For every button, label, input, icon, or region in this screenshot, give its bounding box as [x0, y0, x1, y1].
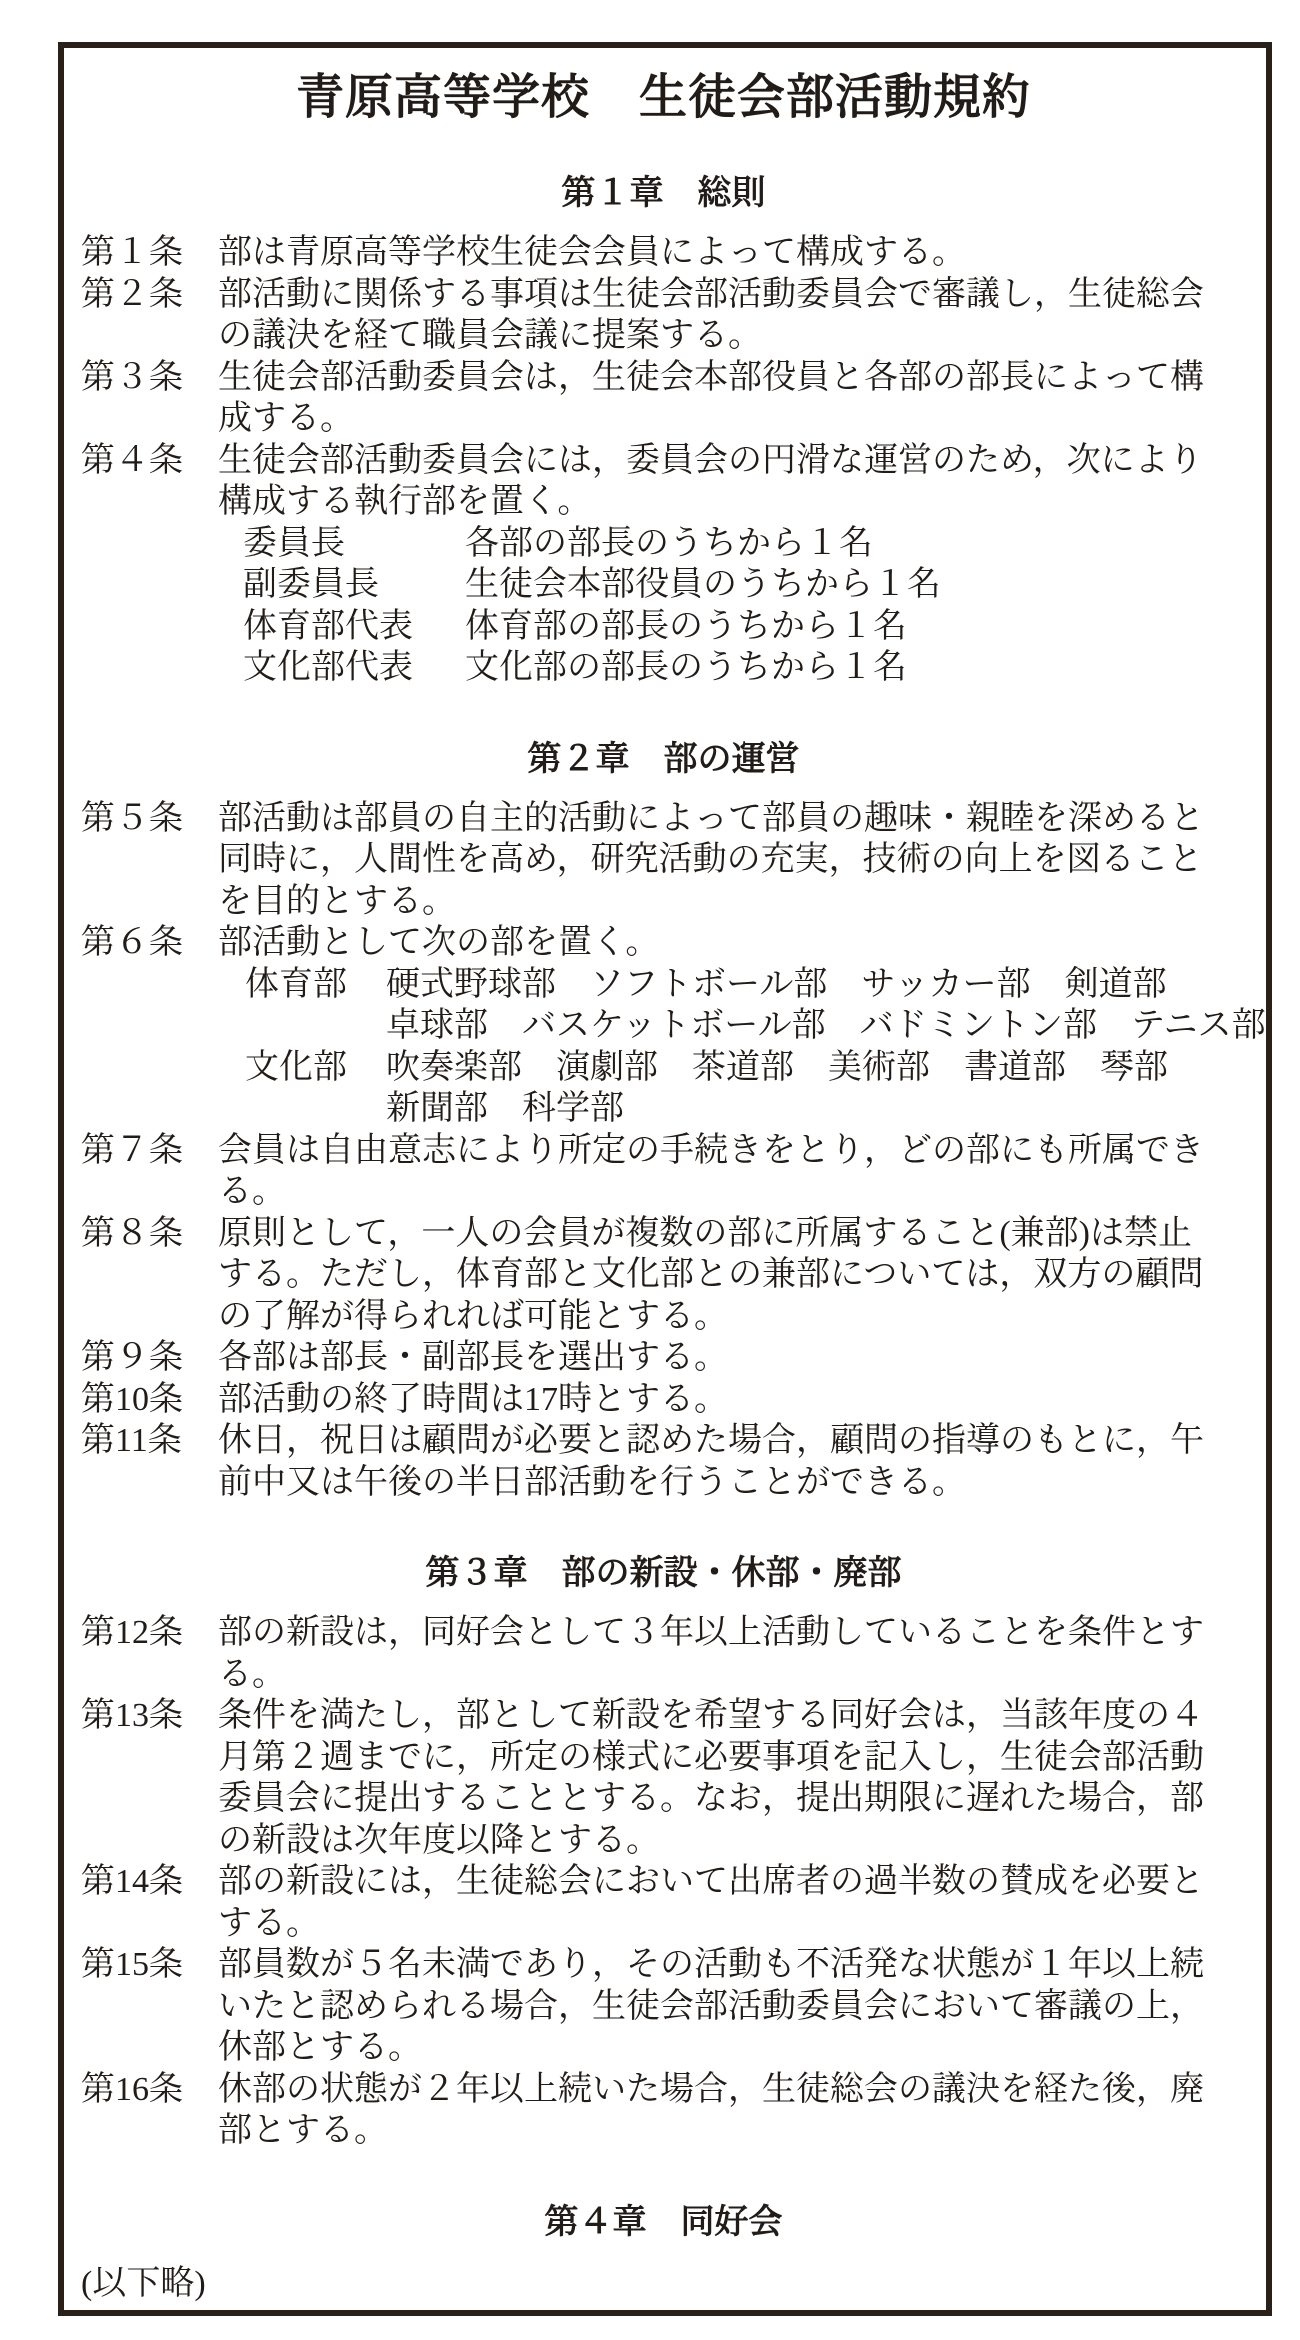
article-text-line: 生徒会部活動委員会には，委員会の円滑な運営のため，次により [218, 440, 1246, 482]
article-text-line: 原則として，一人の会員が複数の部に所属すること(兼部)は禁止 [218, 1213, 1246, 1255]
article-text: 生徒会部活動委員会は，生徒会本部役員と各部の部長によって構成する。 [218, 357, 1246, 440]
article-number: 第３条 [81, 357, 218, 440]
article-row: 第７条会員は自由意志により所定の手続きをとり，どの部にも所属できる。 [81, 1130, 1246, 1213]
article-text: 原則として，一人の会員が複数の部に所属すること(兼部)は禁止する。ただし，体育部… [218, 1213, 1246, 1338]
article-text-line: 構成する執行部を置く。 [218, 481, 1246, 523]
article-text: 部は青原高等学校生徒会会員によって構成する。 [218, 232, 1246, 274]
chapter-heading: 第３章 部の新設・休部・廃部 [81, 1553, 1246, 1595]
executive-row: 副委員長生徒会本部役員のうちから１名 [243, 564, 1246, 606]
article-text-line: 同時に，人間性を高め，研究活動の充実，技術の向上を図ること [218, 839, 1246, 881]
article-number: 第８条 [81, 1213, 218, 1338]
article-row: 第12条部の新設は，同好会として３年以上活動していることを条件とする。 [81, 1612, 1246, 1695]
article-text: 生徒会部活動委員会には，委員会の円滑な運営のため，次により構成する執行部を置く。… [218, 440, 1246, 689]
article-text-line: の新設は次年度以降とする。 [218, 1820, 1246, 1862]
executive-post: 委員長 [243, 523, 465, 565]
article-text: 条件を満たし，部として新設を希望する同好会は，当該年度の４月第２週までに，所定の… [218, 1695, 1246, 1861]
article-text-line: 部とする。 [218, 2110, 1246, 2152]
article-text: 休日，祝日は顧問が必要と認めた場合，顧問の指導のもとに，午前中又は午後の半日部活… [218, 1420, 1246, 1503]
article-text-line: 休日，祝日は顧問が必要と認めた場合，顧問の指導のもとに，午 [218, 1420, 1246, 1462]
article-number: 第12条 [81, 1612, 218, 1695]
article-row: 第４条生徒会部活動委員会には，委員会の円滑な運営のため，次により構成する執行部を… [81, 440, 1246, 689]
article-text-line: 条件を満たし，部として新設を希望する同好会は，当該年度の４ [218, 1695, 1246, 1737]
article-row: 第14条部の新設には，生徒総会において出席者の過半数の賛成を必要とする。 [81, 1861, 1246, 1944]
article-text-line: の了解が得られれば可能とする。 [218, 1296, 1246, 1338]
article-number: 第４条 [81, 440, 218, 689]
article-text-line: 休部とする。 [218, 2027, 1246, 2069]
executive-description: 各部の部長のうちから１名 [465, 523, 1246, 565]
article-text-line: 月第２週までに，所定の様式に必要事項を記入し，生徒会部活動 [218, 1737, 1246, 1779]
club-name-line: 硬式野球部 ソフトボール部 サッカー部 剣道部 [386, 964, 1246, 1006]
club-name-line: 新聞部 科学部 [386, 1088, 1246, 1130]
executive-post: 副委員長 [243, 564, 465, 606]
article-text-line: 部活動の終了時間は17時とする。 [218, 1379, 1246, 1421]
club-name-lines: 吹奏楽部 演劇部 茶道部 美術部 書道部 琴部新聞部 科学部 [386, 1047, 1246, 1130]
article-text-line: 前中又は午後の半日部活動を行うことができる。 [218, 1462, 1246, 1504]
article-text: 部の新設には，生徒総会において出席者の過半数の賛成を必要とする。 [218, 1861, 1246, 1944]
executive-row: 委員長各部の部長のうちから１名 [243, 523, 1246, 565]
article-row: 第２条部活動に関係する事項は生徒会部活動委員会で審議し，生徒総会の議決を経て職員… [81, 274, 1246, 357]
club-name-lines: 硬式野球部 ソフトボール部 サッカー部 剣道部卓球部 バスケットボール部 バドミ… [386, 964, 1246, 1047]
article-text-line: する。 [218, 1903, 1246, 1945]
article-number: 第２条 [81, 274, 218, 357]
club-category-label: 体育部 [245, 964, 386, 1047]
article-row: 第９条各部は部長・副部長を選出する。 [81, 1337, 1246, 1379]
club-category-label: 文化部 [245, 1047, 386, 1130]
executive-table: 委員長各部の部長のうちから１名副委員長生徒会本部役員のうちから１名体育部代表体育… [243, 523, 1246, 689]
article-text: 部活動の終了時間は17時とする。 [218, 1379, 1246, 1421]
executive-row: 文化部代表文化部の部長のうちから１名 [243, 647, 1246, 689]
club-name-line: 卓球部 バスケットボール部 バドミントン部 テニス部 [386, 1005, 1246, 1047]
article-text-line: 部活動に関係する事項は生徒会部活動委員会で審議し，生徒総会 [218, 274, 1246, 316]
article-text-line: 委員会に提出することとする。なお，提出期限に遅れた場合，部 [218, 1778, 1246, 1820]
article-text-line: 各部は部長・副部長を選出する。 [218, 1337, 1246, 1379]
article-number: 第13条 [81, 1695, 218, 1861]
article-text: 部員数が５名未満であり，その活動も不活発な状態が１年以上続いたと認められる場合，… [218, 1944, 1246, 2069]
executive-description: 文化部の部長のうちから１名 [465, 647, 1246, 689]
article-text-line: する。ただし，体育部と文化部との兼部については，双方の顧問 [218, 1254, 1246, 1296]
article-number: 第１条 [81, 232, 218, 274]
article-text-line: 会員は自由意志により所定の手続きをとり，どの部にも所属でき [218, 1130, 1246, 1172]
omission-note: (以下略) [81, 2263, 1246, 2305]
article-text-line: いたと認められる場合，生徒会部活動委員会において審議の上， [218, 1986, 1246, 2028]
article-row: 第８条原則として，一人の会員が複数の部に所属すること(兼部)は禁止する。ただし，… [81, 1213, 1246, 1338]
chapters-container: 第１章 総則第１条部は青原高等学校生徒会会員によって構成する。第２条部活動に関係… [81, 173, 1246, 2244]
executive-post: 文化部代表 [243, 647, 465, 689]
article-row: 第15条部員数が５名未満であり，その活動も不活発な状態が１年以上続いたと認められ… [81, 1944, 1246, 2069]
article-text-line: 部の新設は，同好会として３年以上活動していることを条件とす [218, 1612, 1246, 1654]
article-text-line: の議決を経て職員会議に提案する。 [218, 315, 1246, 357]
club-name-line: 吹奏楽部 演劇部 茶道部 美術部 書道部 琴部 [386, 1047, 1246, 1089]
article-text: 部活動として次の部を置く。体育部硬式野球部 ソフトボール部 サッカー部 剣道部卓… [218, 922, 1246, 1130]
document-title: 青原高等学校 生徒会部活動規約 [81, 73, 1246, 123]
article-text-line: 部の新設には，生徒総会において出席者の過半数の賛成を必要と [218, 1861, 1246, 1903]
article-number: 第15条 [81, 1944, 218, 2069]
executive-description: 体育部の部長のうちから１名 [465, 606, 1246, 648]
article-row: 第16条休部の状態が２年以上続いた場合，生徒総会の議決を経た後，廃部とする。 [81, 2069, 1246, 2152]
article-row: 第３条生徒会部活動委員会は，生徒会本部役員と各部の部長によって構成する。 [81, 357, 1246, 440]
article-text-line: 部活動として次の部を置く。 [218, 922, 1246, 964]
chapter-heading: 第４章 同好会 [81, 2202, 1246, 2244]
article-text-line: 成する。 [218, 398, 1246, 440]
article-text: 会員は自由意志により所定の手続きをとり，どの部にも所属できる。 [218, 1130, 1246, 1213]
article-number: 第10条 [81, 1379, 218, 1421]
article-text: 部活動に関係する事項は生徒会部活動委員会で審議し，生徒総会の議決を経て職員会議に… [218, 274, 1246, 357]
article-text-line: る。 [218, 1171, 1246, 1213]
chapter-heading: 第１章 総則 [81, 173, 1246, 215]
article-number: 第14条 [81, 1861, 218, 1944]
article-number: 第16条 [81, 2069, 218, 2152]
article-text: 各部は部長・副部長を選出する。 [218, 1337, 1246, 1379]
article-row: 第６条部活動として次の部を置く。体育部硬式野球部 ソフトボール部 サッカー部 剣… [81, 922, 1246, 1130]
club-category-group: 文化部吹奏楽部 演劇部 茶道部 美術部 書道部 琴部新聞部 科学部 [245, 1047, 1246, 1130]
executive-row: 体育部代表体育部の部長のうちから１名 [243, 606, 1246, 648]
document-page: { "page": { "title": "青原高等学校 生徒会部活動規約", … [0, 0, 1300, 2340]
article-text-line: 部活動は部員の自主的活動によって部員の趣味・親睦を深めると [218, 798, 1246, 840]
article-text-line: る。 [218, 1654, 1246, 1696]
executive-description: 生徒会本部役員のうちから１名 [465, 564, 1246, 606]
article-row: 第１条部は青原高等学校生徒会会員によって構成する。 [81, 232, 1246, 274]
article-row: 第10条部活動の終了時間は17時とする。 [81, 1379, 1246, 1421]
article-row: 第５条部活動は部員の自主的活動によって部員の趣味・親睦を深めると同時に，人間性を… [81, 798, 1246, 923]
document-border: 青原高等学校 生徒会部活動規約 第１章 総則第１条部は青原高等学校生徒会会員によ… [58, 42, 1272, 2316]
article-row: 第13条条件を満たし，部として新設を希望する同好会は，当該年度の４月第２週までに… [81, 1695, 1246, 1861]
article-number: 第９条 [81, 1337, 218, 1379]
article-text: 部活動は部員の自主的活動によって部員の趣味・親睦を深めると同時に，人間性を高め，… [218, 798, 1246, 923]
article-text: 部の新設は，同好会として３年以上活動していることを条件とする。 [218, 1612, 1246, 1695]
article-text-line: 休部の状態が２年以上続いた場合，生徒総会の議決を経た後，廃 [218, 2069, 1246, 2111]
article-row: 第11条休日，祝日は顧問が必要と認めた場合，顧問の指導のもとに，午前中又は午後の… [81, 1420, 1246, 1503]
article-number: 第５条 [81, 798, 218, 923]
article-text-line: 生徒会部活動委員会は，生徒会本部役員と各部の部長によって構 [218, 357, 1246, 399]
executive-post: 体育部代表 [243, 606, 465, 648]
article-number: 第11条 [81, 1420, 218, 1503]
chapter-heading: 第２章 部の運営 [81, 739, 1246, 781]
club-category-group: 体育部硬式野球部 ソフトボール部 サッカー部 剣道部卓球部 バスケットボール部 … [245, 964, 1246, 1047]
article-text: 休部の状態が２年以上続いた場合，生徒総会の議決を経た後，廃部とする。 [218, 2069, 1246, 2152]
article-text-line: 部は青原高等学校生徒会会員によって構成する。 [218, 232, 1246, 274]
article-number: 第６条 [81, 922, 218, 1130]
article-text-line: 部員数が５名未満であり，その活動も不活発な状態が１年以上続 [218, 1944, 1246, 1986]
article-number: 第７条 [81, 1130, 218, 1213]
article-text-line: を目的とする。 [218, 881, 1246, 923]
